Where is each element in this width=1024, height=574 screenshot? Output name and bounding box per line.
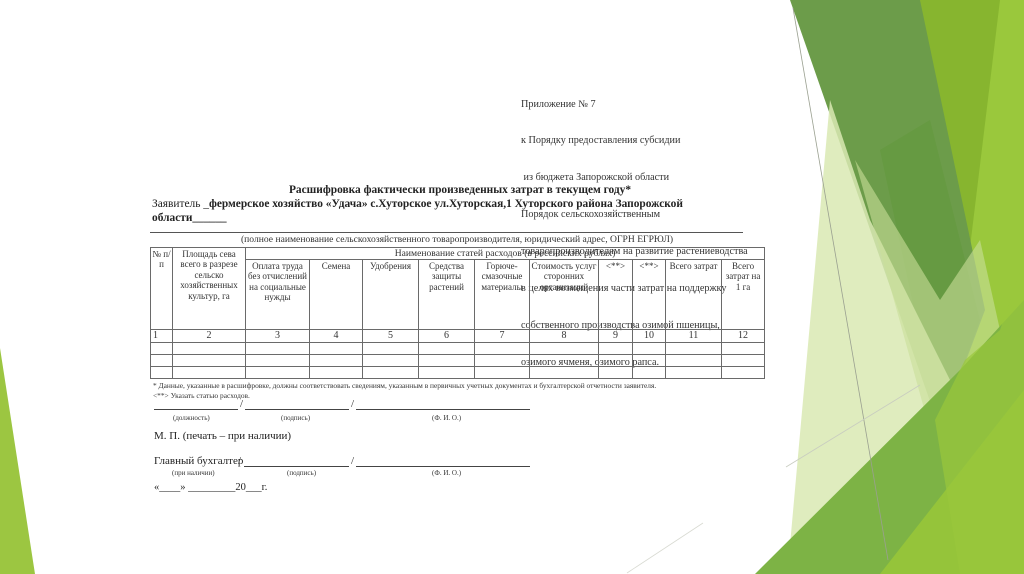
applicant-underline	[150, 232, 743, 233]
header-fuel: Горюче-смазочные материалы	[475, 260, 530, 330]
header-fertilizers: Удобрения	[363, 260, 419, 330]
chief-sign-caption: (подпись)	[287, 469, 316, 477]
document-title: Расшифровка фактически произведенных зат…	[150, 184, 770, 196]
stamp-note: М. П. (печать – при наличии)	[154, 430, 291, 442]
table-row	[151, 343, 765, 355]
col-number: 2	[173, 330, 246, 343]
signature-line	[245, 409, 349, 410]
sign-caption: (подпись)	[281, 414, 310, 422]
header-plant-protection: Средства защиты растений	[419, 260, 475, 330]
applicant-trail: ______	[192, 212, 226, 224]
fio-caption: (Ф. И. О.)	[432, 414, 461, 422]
document-page: Приложение № 7 к Порядку предоставления …	[0, 0, 1024, 574]
appendix-line: к Порядку предоставления субсидии	[521, 135, 748, 147]
fio-line	[356, 409, 530, 410]
header-total-per-ha: Всего затрат на 1 га	[722, 260, 765, 330]
separator-slash: /	[351, 455, 354, 467]
col-number: 12	[722, 330, 765, 343]
header-labor: Оплата труда без отчислений на социальны…	[246, 260, 310, 330]
header-third-party: Стоимость услуг сторонних организаций	[530, 260, 599, 330]
footnote-star: * Данные, указанные в расшифровке, должн…	[153, 381, 656, 390]
header-expense-group: Наименование статей расходов (в российск…	[246, 248, 765, 260]
footnote-double-star: <**> Указать статью расходов.	[153, 391, 250, 400]
col-number: 6	[419, 330, 475, 343]
chief-fio-caption: (Ф. И. О.)	[432, 469, 461, 477]
table-row	[151, 355, 765, 367]
col-number: 10	[633, 330, 666, 343]
expenses-table: № п/п Площадь сева всего в разрезе сельс…	[150, 247, 765, 379]
header-area: Площадь сева всего в разрезе сельско хоз…	[173, 248, 246, 330]
header-total: Всего затрат	[666, 260, 722, 330]
date-line: «____» _________20___г.	[154, 482, 267, 493]
col-number: 9	[599, 330, 633, 343]
header-custom-2: <**>	[633, 260, 666, 330]
separator-slash: /	[238, 455, 241, 467]
chief-accountant-label: Главный бухгалтер	[154, 455, 243, 467]
header-seeds: Семена	[310, 260, 363, 330]
position-line	[154, 409, 238, 410]
col-number: 7	[475, 330, 530, 343]
col-number: 4	[310, 330, 363, 343]
separator-slash: /	[240, 398, 243, 410]
applicant-name-note: (полное наименование сельскохозяйственно…	[150, 234, 764, 245]
col-number: 8	[530, 330, 599, 343]
chief-fio-line	[356, 466, 530, 467]
table-row	[151, 367, 765, 379]
col-number: 1	[151, 330, 173, 343]
position-caption: (должность)	[173, 414, 210, 422]
appendix-line: из бюджета Запорожской области	[521, 172, 748, 184]
col-number: 3	[246, 330, 310, 343]
col-number: 11	[666, 330, 722, 343]
header-no: № п/п	[151, 248, 173, 330]
table-row-numbers: 1 2 3 4 5 6 7 8 9 10 11 12	[151, 330, 765, 343]
applicant-value: фермерское хозяйство «Удача» с.Хуторское…	[152, 198, 683, 224]
if-any-caption: (при наличии)	[172, 469, 215, 477]
chief-signature-line	[244, 466, 349, 467]
separator-slash: /	[351, 398, 354, 410]
col-number: 5	[363, 330, 419, 343]
header-custom-1: <**>	[599, 260, 633, 330]
applicant-label: Заявитель _	[152, 198, 209, 210]
applicant-line: Заявитель _фермерское хозяйство «Удача» …	[152, 197, 712, 225]
appendix-line: Приложение № 7	[521, 99, 748, 111]
